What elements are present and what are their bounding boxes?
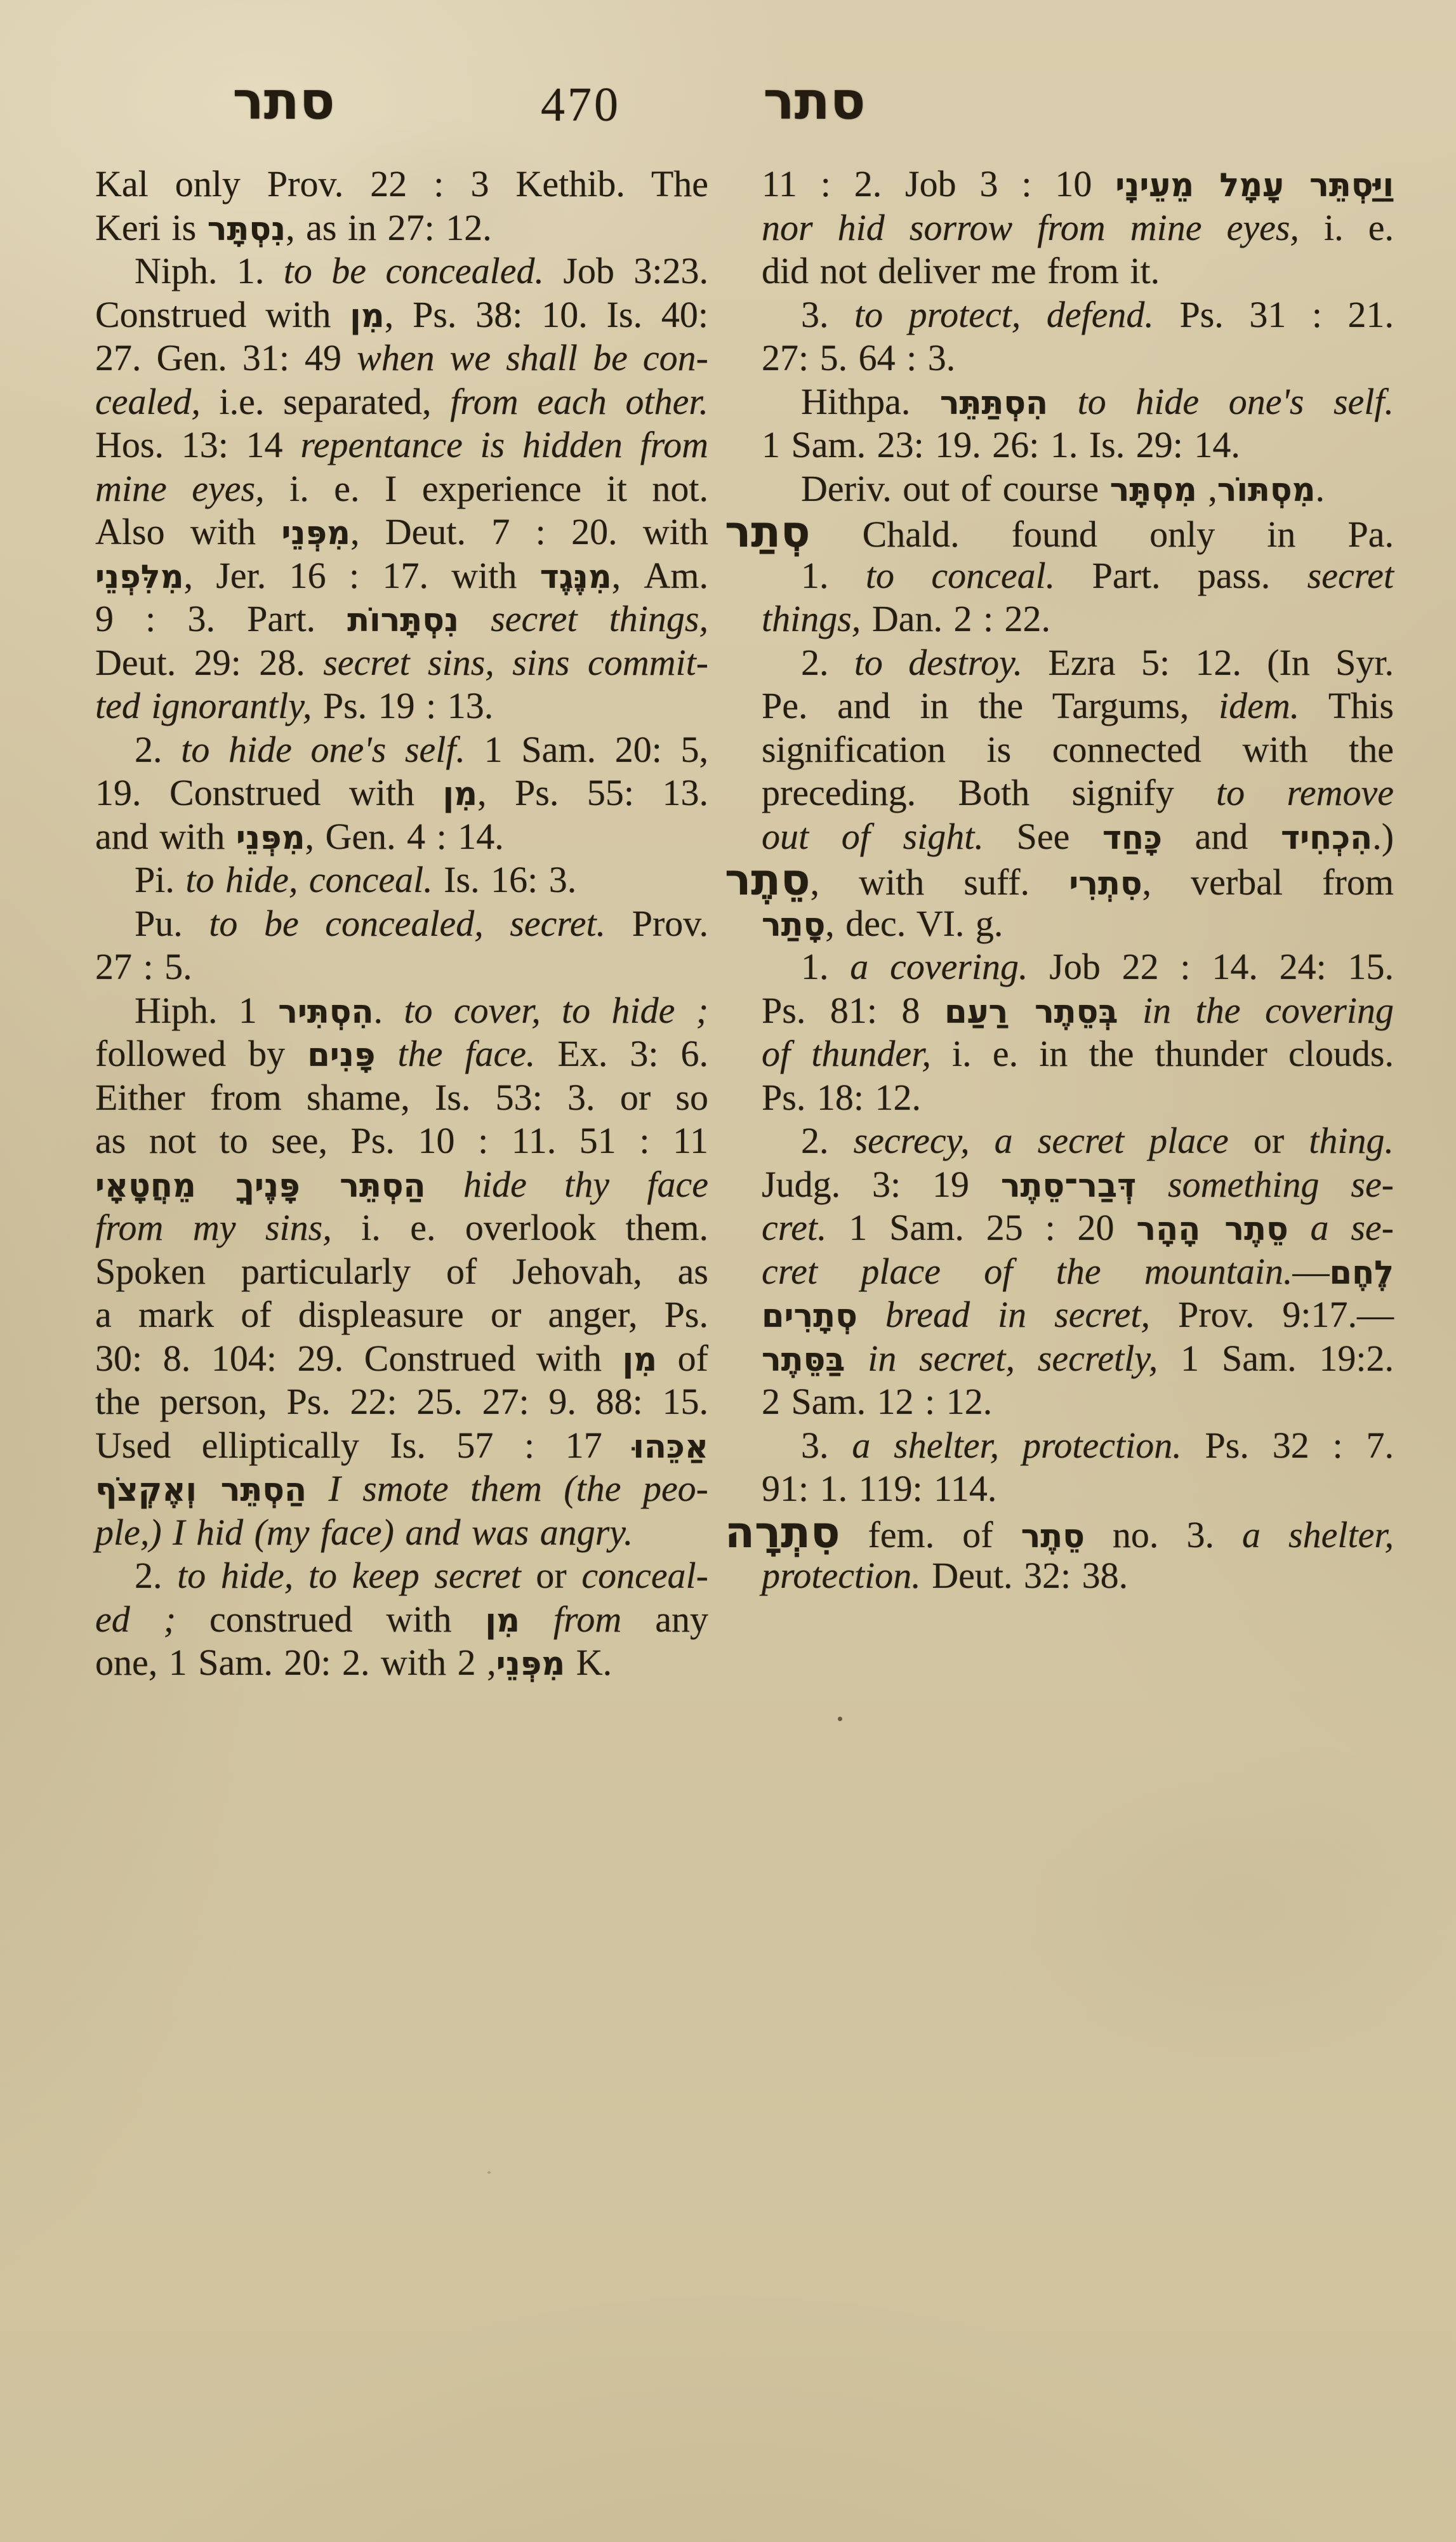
text-segment: Deut. 29: 28. [95,642,323,683]
text-line: Spoken particularly of Jehovah, as [95,1250,708,1294]
text-segment: ed ; [95,1599,176,1640]
text-segment: did not deliver me from it. [762,250,1160,291]
text-line: Hos. 13: 14 repentance is hidden from [95,423,708,467]
text-segment: ple,) I hid (my face) and was angry. [95,1512,633,1553]
hebrew-word: הַסְתֵּר וְאֶקְצֹף [95,1472,307,1509]
text-segment: from [553,1599,621,1640]
text-segment: or [521,1555,582,1596]
text-line: Used elliptically Is. 57 : 17 אַכֵּהוּ [95,1424,708,1468]
text-line: Keri is נִסְתָּר, as in 27: 12. [95,206,708,250]
text-segment: — [1293,1251,1330,1292]
text-segment: signification is connected with the [762,729,1394,770]
text-segment: 2 Sam. 12 : 12. [762,1381,992,1422]
text-segment: This [1299,685,1394,726]
hebrew-word: מִסְתּוֹר [1217,472,1316,509]
text-segment [375,1033,397,1074]
text-segment: Deut. 32: 38. [921,1555,1128,1596]
hebrew-word: בַּסֵּתֶר [762,1341,845,1379]
hebrew-word: מִנֶּגֶד [540,559,612,596]
text-segment [520,1599,553,1640]
text-segment: mine eyes, [95,468,265,509]
text-segment: 19. Construed with [95,772,443,813]
text-segment: and [1162,816,1281,857]
text-segment: 3. [801,294,854,335]
text-line: 27. Gen. 31: 49 when we shall be con- [95,336,708,380]
header-hebrew-right: סתר [763,71,865,131]
text-line: cret. 1 Sam. 25 : 20 סֵתֶר הָהָר a se- [762,1206,1394,1250]
text-line: signification is connected with the [762,728,1394,772]
text-segment: Prov. [606,903,708,944]
text-segment: 27. Gen. 31: 49 [95,337,357,378]
text-segment: one, 1 Sam. 20: 2. with [95,1642,458,1683]
text-line: 2. secrecy, a secret place or thing. [762,1119,1394,1163]
text-line: preceding. Both signify to remove [762,771,1394,815]
text-line: the person, Ps. 22: 25. 27: 9. 88: 15. [95,1380,708,1424]
text-line: cealed, i.e. separated, from each other. [95,380,708,424]
text-segment: in the covering [1142,990,1394,1031]
text-segment: and with [95,816,236,857]
text-segment: 2. [135,729,181,770]
text-line: Niph. 1. to be concealed. Job 3:23. [95,250,708,293]
text-segment: a shelter, [1242,1514,1394,1555]
text-line: followed by פָּנִים the face. Ex. 3: 6. [95,1032,708,1076]
hebrew-word: אַכֵּהוּ [633,1428,708,1466]
text-segment: to cover, to hide ; [404,990,708,1031]
hebrew-word: מִפְּנֵי [236,820,305,857]
text-segment: Ps. 32 : 7. [1182,1425,1394,1466]
text-segment: protection. [762,1555,921,1596]
text-segment: I smote them (the peo- [329,1468,708,1509]
text-segment: . [1316,468,1325,509]
text-line: cret place of the mountain.—לֶחֶם [762,1250,1394,1294]
text-segment: from my sins, [95,1207,332,1248]
text-line: Pu. to be concealed, secret. Prov. [95,902,708,946]
text-line: 3. to protect, defend. Ps. 31 : 21. [762,293,1394,337]
text-segment [1118,990,1142,1031]
text-segment: , [1197,468,1217,509]
text-line: of thunder, i. e. in the thunder clouds. [762,1032,1394,1076]
text-line: Kal only Prov. 22 : 3 Kethib. The [95,163,708,206]
text-segment: , Ps. 38: 10. Is. 40: [385,294,708,335]
text-line: 1 Sam. 23: 19. 26: 1. Is. 29: 14. [762,423,1394,467]
hebrew-word: סִתְרָה [725,1507,840,1558]
text-segment: Keri is [95,207,208,248]
text-segment: Construed with [95,294,350,335]
text-segment: 2. [801,642,854,683]
text-line: מִלִּפְנֵי, Jer. 16 : 17. with מִנֶּגֶד,… [95,554,708,598]
text-segment: to hide, to keep secret [177,1555,521,1596]
text-segment: Niph. 1. [135,250,284,291]
text-segment: Kal only Prov. 22 : 3 Kethib. The [95,163,708,204]
text-segment: , Ps. 55: 13. [477,772,708,813]
text-segment: .) [1372,816,1394,857]
text-line: Pi. to hide, conceal. Is. 16: 3. [95,858,708,902]
text-segment: Ps. 19 : 13. [312,685,493,726]
text-line: Deriv. out of course מִסְתּוֹר, מִסְתָּר… [762,467,1394,511]
text-segment: Hiph. [135,990,239,1031]
hebrew-word: דְּבַר־סֵתֶר [1001,1168,1136,1205]
text-segment [857,1294,885,1335]
text-line: Deut. 29: 28. secret sins, sins commit- [95,641,708,685]
text-line: סִתְרָה fem. of סֵתֶר no. 3. a shelter, [762,1511,1394,1555]
text-line: from my sins, i. e. overlook them. [95,1206,708,1250]
text-segment: followed by [95,1033,307,1074]
text-segment: , Deut. 7 : 20. with [350,511,708,552]
hebrew-word: הַסְתֵּר פָּנֶיךָ מֵחֲטָאָי [95,1168,426,1205]
text-segment: to be concealed, secret. [209,903,606,944]
text-segment: , as in 27: 12. [286,207,492,248]
text-segment: idem. [1219,685,1299,726]
text-line: 2 Sam. 12 : 12. [762,1380,1394,1424]
right-column: 11 : 2. Job 3 : 10 וַיַּסְתֵּר עָמָל מֵע… [762,163,1394,1598]
hebrew-word: פָּנִים [307,1037,375,1074]
text-segment: of thunder, [762,1033,931,1074]
hebrew-word: לֶחֶם [1330,1254,1394,1292]
text-segment: to hide one's self. [181,729,465,770]
header-hebrew-left: סתר [232,71,334,131]
text-segment: Job 3:23. [544,250,708,291]
text-segment: i.e. separated, [201,381,450,422]
hebrew-word: הִסְתִּיר [278,994,373,1031]
text-segment: fem. of [840,1514,1021,1555]
text-segment: Pe. and in the Targums, [762,685,1219,726]
text-line: ple,) I hid (my face) and was angry. [95,1511,708,1555]
text-segment: Is. 16: 3. [433,859,577,900]
hebrew-word: מִן [623,1341,657,1379]
text-segment: things, [762,598,861,639]
hebrew-word: וַיַּסְתֵּר עָמָל מֵעֵינָי [1115,167,1394,204]
text-segment: to protect, defend. [854,294,1154,335]
text-segment: to destroy. [854,642,1023,683]
text-line: בַּסֵּתֶר in secret, secretly, 1 Sam. 19… [762,1337,1394,1381]
text-segment: Prov. 9:17.— [1150,1294,1394,1335]
text-segment: to remove [1216,772,1394,813]
text-segment: or [1229,1120,1309,1161]
text-line: Hiph. הִסְתִּיר 1. to cover, to hide ; [95,989,708,1033]
text-segment: 3. [801,1425,852,1466]
text-line: a mark of displeasure or anger, Ps. [95,1293,708,1337]
text-segment: cret. [762,1207,827,1248]
hebrew-word: הִסְתַּתֵּר [940,385,1048,422]
text-segment: of [657,1338,708,1379]
text-line: 11 : 2. Job 3 : 10 וַיַּסְתֵּר עָמָל מֵע… [762,163,1394,206]
text-segment: Ezra 5: 12. (In Syr. [1023,642,1394,683]
text-line: nor hid sorrow from mine eyes, i. e. [762,206,1394,250]
text-segment: 30: 8. 104: 29. Construed with [95,1338,623,1379]
text-line: Construed with מִן, Ps. 38: 10. Is. 40: [95,293,708,337]
scanned-page: סתר 470 סתר Kal only Prov. 22 : 3 Kethib… [0,0,1456,2542]
text-line: Either from shame, Is. 53: 3. or so [95,1076,708,1120]
text-segment: construed with [176,1599,485,1640]
text-segment [1048,381,1078,422]
text-segment: any [621,1599,708,1640]
hebrew-word: מִן [443,776,477,813]
text-segment [426,1164,463,1205]
text-line: Pe. and in the Targums, idem. This [762,684,1394,728]
text-segment: a shelter, protection. [852,1425,1181,1466]
text-segment: cealed, [95,381,201,422]
text-line: 1. a covering. Job 22 : 14. 24: 15. [762,945,1394,989]
text-segment: i. e. overlook them. [332,1207,708,1248]
text-line: one, 1 Sam. 20: 2. with מִפְּנֵי, 2 K. [95,1641,708,1685]
text-segment: 9 : 3. Part. [95,598,347,639]
text-segment: 1 Sam. 20: 5, [465,729,708,770]
text-segment: a mark of displeasure or anger, Ps. [95,1294,708,1335]
text-segment: 1 Sam. 19:2. [1158,1338,1394,1379]
text-segment: 2. [801,1120,854,1161]
text-segment: secret sins, sins commit- [323,642,708,683]
text-line: and with מִפְּנֵי, Gen. 4 : 14. [95,815,708,859]
text-segment: the face. [397,1033,535,1074]
text-line: 30: 8. 104: 29. Construed with מִן of [95,1337,708,1381]
text-line: סֵתֶר, with suff. סִתְרִי, verbal from [762,858,1394,902]
hebrew-word: סֵתֶר הָהָר [1136,1211,1288,1248]
text-segment: , Jer. 16 : 17. with [184,555,540,596]
text-segment: Spoken particularly of Jehovah, as [95,1251,708,1292]
hebrew-word: סֵתֶר [725,855,810,905]
text-segment: to be concealed. [284,250,544,291]
text-segment: , Gen. 4 : 14. [305,816,504,857]
text-segment: 2. [135,1555,177,1596]
hebrew-word: סִתְרִי [1069,865,1142,903]
text-line: 91: 1. 119: 114. [762,1467,1394,1511]
text-line: סְתַר Chald. found only in Pa. [762,510,1394,554]
hebrew-word: סֵתֶר [1021,1518,1085,1555]
text-line: 27 : 5. [95,945,708,989]
text-segment: thing. [1309,1120,1394,1161]
text-segment: to conceal. [866,555,1055,596]
text-segment [459,598,491,639]
text-line: 1. to conceal. Part. pass. secret [762,554,1394,598]
hebrew-word: בְּסֵתֶר רַעַם [944,994,1118,1031]
hebrew-word: נִסְתָּר [208,211,286,248]
text-segment: ted ignorantly, [95,685,312,726]
hebrew-word: מִן [350,298,384,335]
text-segment: when we shall be con- [357,337,708,378]
hebrew-word: סָתַר [762,907,825,944]
text-segment: 91: 1. 119: 114. [762,1468,996,1509]
text-segment: Deriv. out of course [801,468,1110,509]
text-segment: Ps. 18: 12. [762,1077,921,1118]
text-segment: Ps. 81: 8 [762,990,944,1031]
text-segment: Pi. [135,859,185,900]
text-segment: secrecy, a secret place [854,1120,1229,1161]
text-segment: Pu. [135,903,209,944]
text-segment: Also with [95,511,281,552]
hebrew-word: מִלִּפְנֵי [95,559,184,596]
text-segment: i. e. [1299,207,1394,248]
hebrew-word: כָּחַד [1102,820,1162,857]
text-segment: Judg. 3: 19 [762,1164,1001,1205]
text-line: things, Dan. 2 : 22. [762,597,1394,641]
hebrew-word: מִסְתָּר [1110,472,1197,509]
text-line: סָתַר, dec. VI. g. [762,902,1394,946]
text-line: 2. to hide one's self. 1 Sam. 20: 5, [95,728,708,772]
text-line: 27: 5. 64 : 3. [762,336,1394,380]
text-line: 2. to hide, to keep secret or conceal- [95,1554,708,1598]
hebrew-word: נִסְתָּרוֹת [347,602,459,639]
hebrew-word: מִפְּנֵי [496,1646,566,1683]
text-segment: Either from shame, Is. 53: 3. or so [95,1077,708,1118]
text-segment: 27: 5. 64 : 3. [762,337,955,378]
text-segment: , with suff. [810,862,1069,903]
text-segment: nor hid sorrow from mine eyes, [762,207,1299,248]
text-line: Ps. 81: 8 בְּסֵתֶר רַעַם in the covering [762,989,1394,1033]
text-segment: Job 22 : 14. 24: 15. [1028,946,1394,987]
text-line: as not to see, Ps. 10 : 11. 51 : 11 [95,1119,708,1163]
left-column: Kal only Prov. 22 : 3 Kethib. TheKeri is… [95,163,708,1685]
text-line: Hithpa. הִסְתַּתֵּר to hide one's self. [762,380,1394,424]
text-line: הַסְתֵּר פָּנֶיךָ מֵחֲטָאָי hide thy fac… [95,1163,708,1207]
text-segment: See [984,816,1102,857]
text-segment: Chald. found only in Pa. [810,514,1394,555]
text-segment: the person, Ps. 22: 25. 27: 9. 88: 15. [95,1381,708,1422]
text-line: Ps. 18: 12. [762,1076,1394,1120]
text-segment: 1 Sam. 25 : 20 [827,1207,1137,1248]
text-segment: 11 : 2. Job 3 : 10 [762,163,1115,204]
text-line: סְתָרִים bread in secret, Prov. 9:17.— [762,1293,1394,1337]
hebrew-word: סְתָרִים [762,1298,857,1335]
text-line: 9 : 3. Part. נִסְתָּרוֹת secret things, [95,597,708,641]
text-segment: 1 Sam. 23: 19. 26: 1. Is. 29: 14. [762,424,1240,465]
text-segment [307,1468,328,1509]
hebrew-word: סְתַר [725,507,810,557]
text-line: הַסְתֵּר וְאֶקְצֹף I smote them (the peo… [95,1467,708,1511]
text-segment: preceding. Both signify [762,772,1216,813]
text-segment: i. e. in the thunder clouds. [931,1033,1394,1074]
text-line: Also with מִפְּנֵי, Deut. 7 : 20. with [95,510,708,554]
text-segment: conceal- [581,1555,708,1596]
text-segment: no. 3. [1085,1514,1242,1555]
text-line: mine eyes, i. e. I experience it not. [95,467,708,511]
text-segment: as not to see, Ps. 10 : 11. 51 : 11 [95,1120,708,1161]
text-line: Judg. 3: 19 דְּבַר־סֵתֶר something se- [762,1163,1394,1207]
text-segment: to hide, conceal. [185,859,432,900]
hebrew-word: מִן [485,1602,519,1640]
text-segment: Dan. 2 : 22. [861,598,1050,639]
text-segment: 1. [801,555,866,596]
text-segment: something se- [1168,1164,1394,1205]
text-line: ed ; construed with מִן from any [95,1598,708,1642]
text-line: out of sight. See כָּחַד and הִכְחִיד.) [762,815,1394,859]
text-line: 3. a shelter, protection. Ps. 32 : 7. [762,1424,1394,1468]
page-number: 470 [541,77,621,133]
hebrew-word: מִפְּנֵי [281,515,350,552]
text-segment: Used elliptically Is. 57 : 17 [95,1425,633,1466]
text-line: 2. to destroy. Ezra 5: 12. (In Syr. [762,641,1394,685]
text-segment: Ex. 3: 6. [535,1033,708,1074]
text-segment: secret [1307,555,1394,596]
text-segment [1288,1207,1311,1248]
text-segment: secret things, [491,598,708,639]
text-segment: a se- [1311,1207,1394,1248]
text-segment: from each other. [450,381,708,422]
text-line: did not deliver me from it. [762,250,1394,293]
text-line: protection. Deut. 32: 38. [762,1554,1394,1598]
text-segment: 27 : 5. [95,946,192,987]
text-segment: Part. pass. [1055,555,1307,596]
text-segment: out of sight. [762,816,984,857]
text-segment: Ps. 31 : 21. [1154,294,1394,335]
text-segment: hide thy face [463,1164,708,1205]
text-segment: 1. [801,946,850,987]
text-segment: to hide one's self. [1078,381,1394,422]
ink-speck [487,2171,491,2174]
text-segment: cret place of the mountain. [762,1251,1293,1292]
text-segment: Hithpa. [801,381,940,422]
text-segment: Hos. 13: 14 [95,424,300,465]
text-segment: repentance is hidden from [300,424,708,465]
text-line: ted ignorantly, Ps. 19 : 13. [95,684,708,728]
text-segment: in secret, secretly, [868,1338,1158,1379]
text-line: 19. Construed with מִן, Ps. 55: 13. [95,771,708,815]
hebrew-word: הִכְחִיד [1281,820,1372,857]
text-segment: bread in secret, [885,1294,1150,1335]
text-segment: , Am. [612,555,708,596]
text-segment [845,1338,868,1379]
ink-speck [838,1717,842,1721]
text-segment: , dec. VI. g. [825,903,1003,944]
text-segment: a covering. [850,946,1028,987]
text-segment: i. e. I experience it not. [265,468,708,509]
text-segment: , verbal from [1142,862,1394,903]
text-segment [1136,1164,1168,1205]
